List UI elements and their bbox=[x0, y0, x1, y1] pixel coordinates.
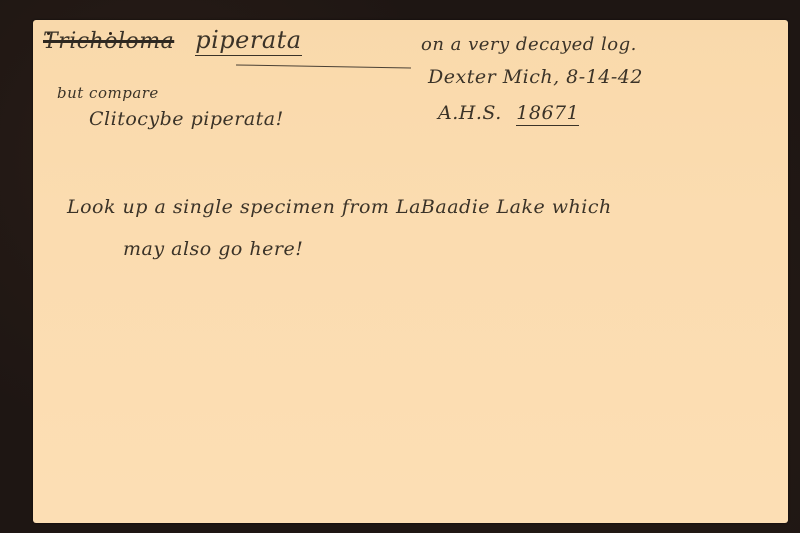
herbarium-index-card: Tricholoma piperata but compare Clitocyb… bbox=[33, 20, 788, 523]
locality-date: Dexter Mich, 8-14-42 bbox=[428, 66, 643, 88]
species-epithet: piperata bbox=[195, 26, 301, 56]
title-underline bbox=[236, 64, 411, 68]
collection-number: 18671 bbox=[516, 102, 579, 126]
remark-line-1: Look up a single specimen from LaBaadie … bbox=[67, 196, 612, 218]
collection-number-line: A.H.S. 18671 bbox=[438, 102, 579, 124]
compare-note-line-2: Clitocybe piperata! bbox=[89, 108, 284, 130]
habitat-note: on a very decayed log. bbox=[421, 34, 637, 55]
taxon-name-line: Tricholoma piperata bbox=[43, 26, 302, 54]
struck-genus-name: Tricholoma bbox=[43, 29, 174, 54]
remark-line-2: may also go here! bbox=[123, 238, 303, 260]
compare-note-line-1: but compare bbox=[57, 84, 159, 102]
collector-initials: A.H.S. bbox=[438, 102, 502, 124]
